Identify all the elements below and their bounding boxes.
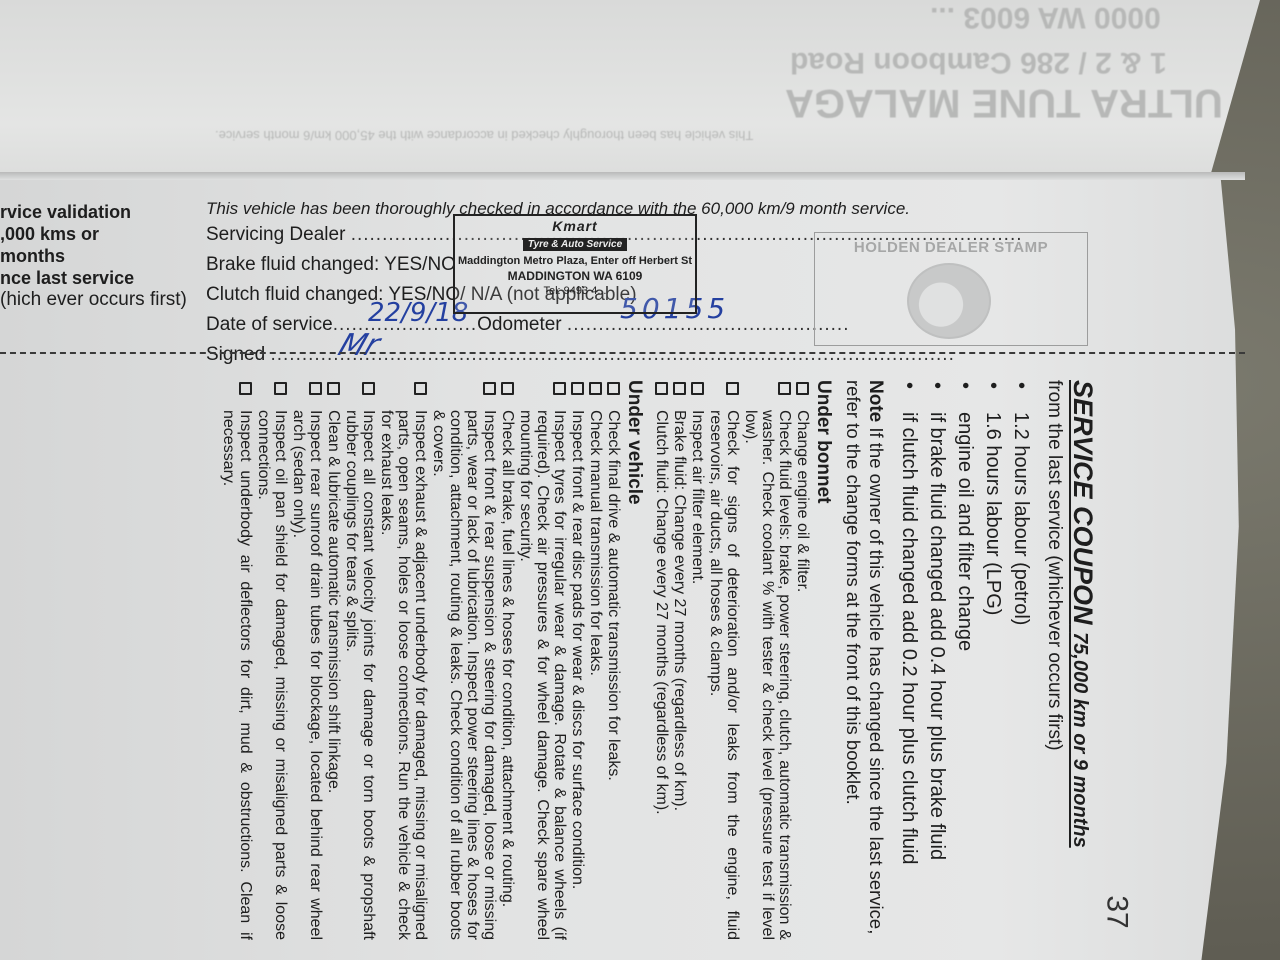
under-vehicle-checklist: Check final drive & automatic transmissi…: [220, 380, 622, 940]
checklist-item-label: Check all brake, fuel lines & hoses for …: [499, 410, 516, 907]
checkbox-icon[interactable]: [778, 382, 791, 395]
ghost-text: 0000 WA 6003 ...: [930, 0, 1161, 34]
checklist-item-label: Inspect underbody air deflectors for dir…: [220, 410, 254, 940]
checklist-item-label: Check final drive & automatic transmissi…: [605, 410, 622, 781]
checklist-item[interactable]: Check fluid levels: brake, power steerin…: [742, 380, 793, 940]
list-item: engine oil and filter change: [951, 380, 979, 940]
checklist-item-label: Check fluid levels: brake, power steerin…: [742, 410, 793, 940]
checkbox-icon[interactable]: [726, 382, 739, 395]
checkbox-icon[interactable]: [589, 382, 602, 395]
previous-page: 0000 WA 6003 ... 1 & 2 / 286 Camboon Roa…: [0, 0, 1260, 178]
checklist-item[interactable]: Clutch fluid: Change every 27 months (re…: [653, 380, 670, 940]
checklist-item[interactable]: Inspect exhaust & adjacent underbody for…: [378, 380, 429, 940]
checklist-item-label: Inspect front & rear disc pads for wear …: [569, 410, 586, 889]
ghost-text: ULTRA TUNE MALAGA: [785, 80, 1223, 125]
owner-change-note: Note If the owner of this vehicle has ch…: [842, 380, 887, 940]
checklist-item[interactable]: Clean & lubricate automatic transmission…: [325, 380, 342, 940]
checklist-item-label: Inspect all constant velocity joints for…: [343, 410, 377, 940]
list-item: if clutch fluid changed add 0.2 hour plu…: [895, 380, 923, 940]
under-bonnet-checklist: Change engine oil & filter.Check fluid l…: [653, 380, 811, 940]
checklist-item[interactable]: Check for signs of deterioration and/or …: [707, 380, 741, 940]
checklist-item[interactable]: Brake fluid: Change every 27 months (reg…: [671, 380, 688, 940]
cut-line: [0, 352, 1245, 354]
checkbox-icon[interactable]: [362, 382, 375, 395]
checklist-item[interactable]: Inspect oil pan shield for damaged, miss…: [255, 380, 289, 940]
checkbox-icon[interactable]: [483, 382, 496, 395]
checkbox-icon[interactable]: [239, 382, 252, 395]
checklist-item-label: Clutch fluid: Change every 27 months (re…: [653, 410, 670, 815]
checklist-item[interactable]: Inspect rear sunroof drain tubes for blo…: [290, 380, 324, 940]
checklist-item[interactable]: Change engine oil & filter.: [794, 380, 811, 940]
checklist-item-label: Brake fluid: Change every 27 months (reg…: [671, 410, 688, 811]
checkbox-icon[interactable]: [309, 382, 322, 395]
page-fold: [0, 172, 1245, 180]
service-coupon: SERVICE COUPON 75,000 km or 9 months fro…: [68, 380, 1098, 940]
list-item: 1.6 hours labour (LPG): [979, 380, 1007, 940]
checkbox-icon[interactable]: [691, 382, 704, 395]
checklist-item-label: Change engine oil & filter.: [794, 410, 811, 592]
checklist-item[interactable]: Inspect underbody air deflectors for dir…: [220, 380, 254, 940]
checklist-item-label: Check for signs of deterioration and/or …: [707, 410, 741, 940]
checkbox-icon[interactable]: [274, 382, 287, 395]
checklist-item-label: Inspect front & rear suspension & steeri…: [430, 410, 498, 940]
labour-list: 1.2 hours labour (petrol) 1.6 hours labo…: [895, 380, 1035, 940]
ghost-text: 1 & 2 / 286 Camboon Road: [790, 45, 1167, 79]
checkbox-icon[interactable]: [571, 382, 584, 395]
coupon-title: SERVICE COUPON 75,000 km or 9 months: [1067, 380, 1098, 940]
coupon-subtitle: from the last service (whichever occurs …: [1043, 380, 1065, 940]
checklist-item-label: Check manual transmission for leaks.: [587, 410, 604, 676]
checkbox-icon[interactable]: [327, 382, 340, 395]
checklist-item-label: Clean & lubricate automatic transmission…: [325, 410, 342, 793]
checklist-item-label: Inspect air filter element.: [689, 410, 706, 584]
under-vehicle-heading: Under vehicle: [623, 380, 645, 940]
checklist-item-label: Inspect tyres for irregular wear & damag…: [517, 410, 568, 940]
checklist-item[interactable]: Inspect air filter element.: [689, 380, 706, 940]
page-number: 37: [1100, 895, 1134, 928]
checklist-item[interactable]: Check all brake, fuel lines & hoses for …: [499, 380, 516, 940]
stamp-banner: Tyre & Auto Service: [523, 238, 627, 251]
checklist-item[interactable]: Check final drive & automatic transmissi…: [605, 380, 622, 940]
checklist-item-label: Inspect oil pan shield for damaged, miss…: [255, 410, 289, 940]
list-item: if brake fluid changed add 0.4 hour plus…: [923, 380, 951, 940]
checklist-item-label: Inspect exhaust & adjacent underbody for…: [378, 410, 429, 940]
checklist-item-label: Inspect rear sunroof drain tubes for blo…: [290, 410, 324, 940]
checkbox-icon[interactable]: [553, 382, 566, 395]
checklist-item[interactable]: Inspect front & rear suspension & steeri…: [430, 380, 498, 940]
odometer-label: Odometer: [477, 314, 561, 335]
checklist-item[interactable]: Inspect all constant velocity joints for…: [343, 380, 377, 940]
checkbox-icon[interactable]: [655, 382, 668, 395]
checkbox-icon[interactable]: [673, 382, 686, 395]
checkbox-icon[interactable]: [414, 382, 427, 395]
checkbox-icon[interactable]: [501, 382, 514, 395]
checklist-item[interactable]: Check manual transmission for leaks.: [587, 380, 604, 940]
under-bonnet-heading: Under bonnet: [812, 380, 834, 940]
list-item: 1.2 hours labour (petrol): [1007, 380, 1035, 940]
checkbox-icon[interactable]: [796, 382, 809, 395]
service-validation-heading: rvice validation ,000 kms or months nce …: [0, 201, 187, 311]
dealer-stamp: Kmart Tyre & Auto Service Maddington Met…: [453, 214, 697, 314]
ghost-text: This vehicle has been thoroughly checked…: [215, 128, 753, 143]
holden-lion-logo-icon: [907, 263, 991, 339]
holden-dealer-stamp-box: HOLDEN DEALER STAMP: [814, 232, 1088, 346]
checkbox-icon[interactable]: [607, 382, 620, 395]
checklist-item[interactable]: Inspect tyres for irregular wear & damag…: [517, 380, 568, 940]
checklist-item[interactable]: Inspect front & rear disc pads for wear …: [569, 380, 586, 940]
kmart-logo: Kmart: [455, 218, 695, 234]
